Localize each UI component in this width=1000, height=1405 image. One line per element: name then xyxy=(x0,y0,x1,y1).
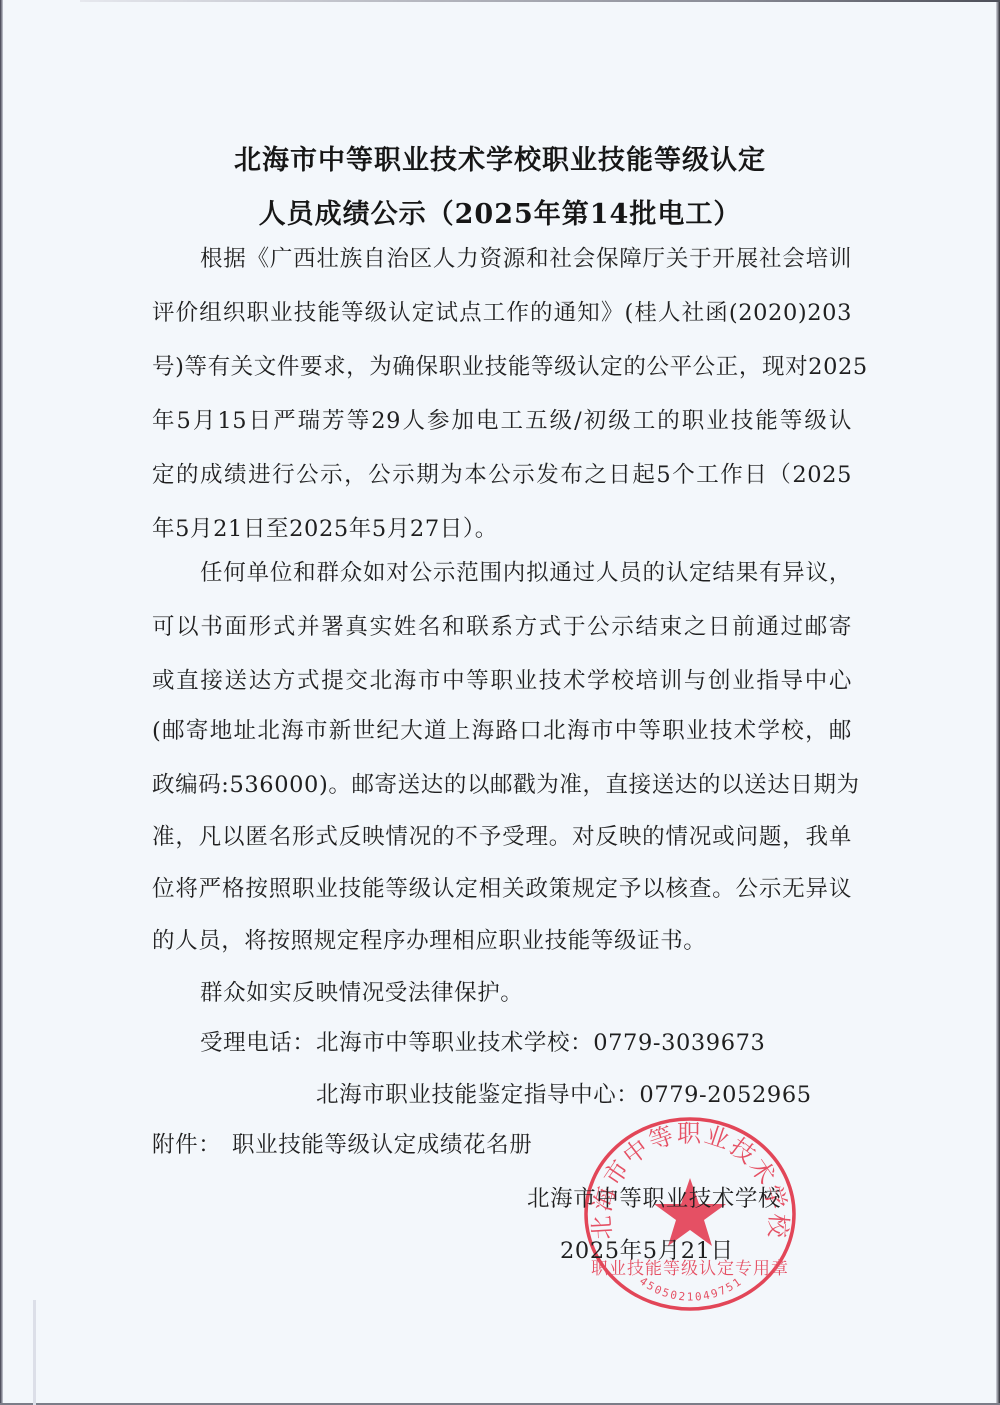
official-seal-icon: 北海市中等职业技术学校 职业技能等级认定专用章 4505021049751 xyxy=(583,1116,797,1312)
paragraph-line: 政编码:536000)。邮寄送达的以邮戳为准，直接送达的以送达日期为 xyxy=(152,770,852,800)
paragraph-line: 任何单位和群众如对公示范围内拟通过人员的认定结果有异议， xyxy=(200,558,852,588)
contact-school-phone: 北海市中等职业技术学校：0779-3039673 xyxy=(316,1028,765,1058)
paragraph-line: 年5月15日严瑞芳等29人参加电工五级/初级工的职业技能等级认 xyxy=(152,406,852,436)
paragraph-line: 年5月21日至2025年5月27日）。 xyxy=(152,514,852,544)
paragraph-legal-protection: 群众如实反映情况受法律保护。 xyxy=(200,978,852,1008)
scan-edge-top xyxy=(80,0,1000,2)
signature-date: 2025年5月21日 xyxy=(560,1236,734,1266)
paragraph-line: 的人员，将按照规定程序办理相应职业技能等级证书。 xyxy=(152,926,852,956)
paragraph-line: 可以书面形式并署真实姓名和联系方式于公示结束之日前通过邮寄 xyxy=(152,612,852,642)
paragraph-line: 号)等有关文件要求，为确保职业技能等级认定的公平公正，现对2025 xyxy=(152,352,852,382)
document-title-line1: 北海市中等职业技术学校职业技能等级认定 xyxy=(0,138,1000,177)
contact-center-phone: 北海市职业技能鉴定指导中心：0779-2052965 xyxy=(316,1080,812,1110)
paragraph-line: 评价组织职业技能等级认定试点工作的通知》(桂人社函(2020)203 xyxy=(152,298,852,328)
paragraph-line: (邮寄地址北海市新世纪大道上海路口北海市中等职业技术学校，邮 xyxy=(152,716,852,746)
paragraph-line: 或直接送达方式提交北海市中等职业技术学校培训与创业指导中心 xyxy=(152,666,852,696)
scan-fold-mark xyxy=(33,1300,36,1405)
paragraph-line: 位将严格按照职业技能等级认定相关政策规定予以核查。公示无异议 xyxy=(152,874,852,904)
paragraph-line: 根据《广西壮族自治区人力资源和社会保障厅关于开展社会培训 xyxy=(200,244,852,274)
document-title-line2: 人员成绩公示（2025年第14批电工） xyxy=(0,192,1000,231)
signature-organization: 北海市中等职业技术学校 xyxy=(527,1184,781,1214)
attachment-link: 职业技能等级认定成绩花名册 xyxy=(232,1130,532,1160)
contact-label: 受理电话： xyxy=(200,1028,316,1058)
attachment-label: 附件： xyxy=(152,1130,221,1160)
paragraph-line: 定的成绩进行公示，公示期为本公示发布之日起5个工作日（2025 xyxy=(152,460,852,490)
paragraph-line: 准，凡以匿名形式反映情况的不予受理。对反映的情况或问题，我单 xyxy=(152,822,852,852)
